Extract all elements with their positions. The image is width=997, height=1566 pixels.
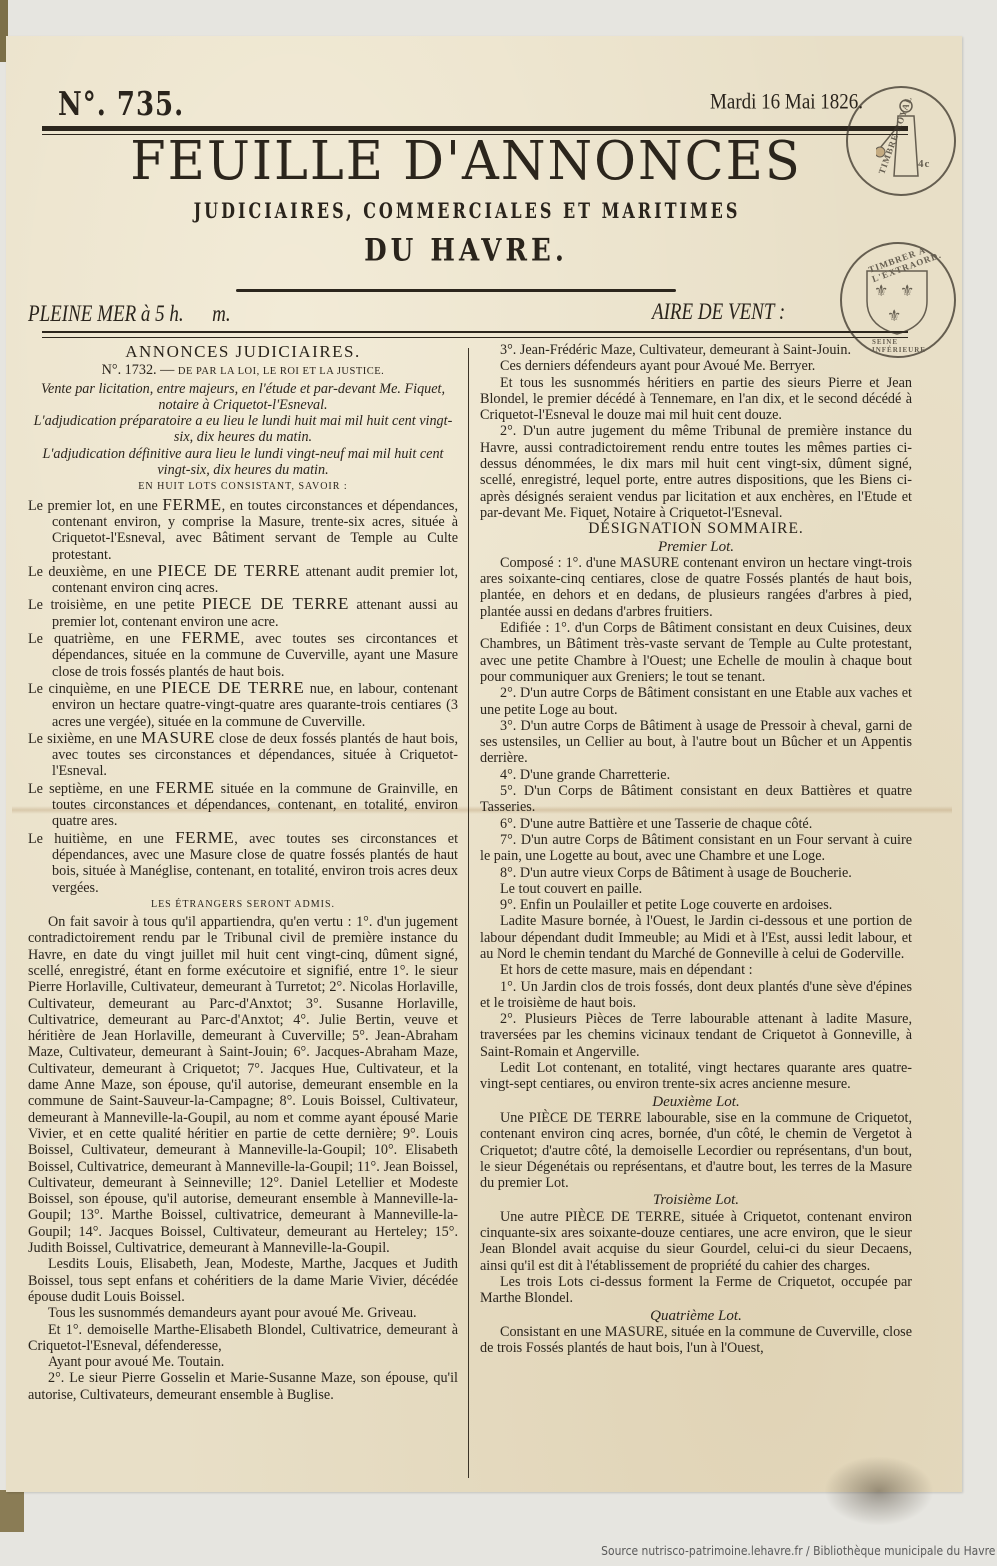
svg-text:⚜: ⚜ — [874, 283, 888, 300]
lot-3-paragraph: Une autre PIÈCE DE TERRE, située à Criqu… — [480, 1209, 912, 1274]
masthead-city: DU HAVRE. — [296, 233, 636, 269]
lot-4-title: Quatrième Lot. — [480, 1308, 912, 1324]
lot-1-paragraph: 1°. Un Jardin clos de trois fossés, dont… — [480, 979, 912, 1012]
lot-lead: Le quatrième, en une — [28, 631, 170, 647]
lot-2-paragraph: Une PIÈCE DE TERRE labourable, sise en l… — [480, 1110, 912, 1191]
masthead-title: FEUILLE D'ANNONCES — [116, 131, 816, 193]
lot-1-title: Premier Lot. — [480, 539, 912, 555]
lot-1-paragraph: 4°. D'une grande Charretterie. — [480, 767, 912, 783]
lot-item: Le quatrième, en une FERME, avec toutes … — [28, 630, 458, 680]
lot-3-title: Troisième Lot. — [480, 1192, 912, 1208]
body-paragraph: Ayant pour avoué Me. Toutain. — [28, 1354, 458, 1370]
body-paragraph: On fait savoir à tous qu'il appartiendra… — [28, 914, 458, 1256]
extraordinary-stamp: TIMBRER A L'EXTRAORD. ⚜ ⚜ ⚜ SEINE INFÉRI… — [840, 242, 956, 358]
tide-label: PLEINE MER à 5 h. m. — [28, 302, 231, 328]
lot-key: MASURE — [141, 728, 215, 747]
intro-sale: Vente par licitation, entre majeurs, en … — [28, 381, 458, 414]
fleur-de-lis-shield-icon: ⚜ ⚜ ⚜ — [862, 266, 932, 336]
strangers-notice: LES ÉTRANGERS SERONT ADMIS. — [28, 897, 458, 913]
binding-edge-bottom — [0, 1490, 24, 1532]
lot-2-title: Deuxième Lot. — [480, 1094, 912, 1110]
lot-lead: Le septième, en une — [28, 781, 149, 797]
intro-definitive: L'adjudication définitive aura lieu le l… — [28, 446, 458, 479]
column-divider — [468, 348, 469, 1478]
lot-3-paragraph: Les trois Lots ci-dessus forment la Ferm… — [480, 1274, 912, 1307]
lot-1-paragraph: Edifiée : 1°. d'un Corps de Bâtiment con… — [480, 620, 912, 685]
body-paragraph: Et tous les susnommés héritiers en parti… — [480, 375, 912, 424]
newspaper-page: N°. 735. Mardi 16 Mai 1826. FEUILLE D'AN… — [6, 36, 962, 1492]
lot-1-paragraph: 6°. D'une autre Battière et une Tasserie… — [480, 816, 912, 832]
notice-heading: DE PAR LA LOI, LE ROI ET LA JUSTICE. — [178, 366, 384, 377]
lot-item: Le troisième, en une petite PIECE DE TER… — [28, 596, 458, 630]
lot-lead: Le premier lot, en une — [28, 498, 158, 514]
lot-item: Le sixième, en une MASURE close de deux … — [28, 730, 458, 780]
lot-item: Le septième, en une FERME située en la c… — [28, 780, 458, 830]
lot-key: FERME — [162, 495, 221, 514]
issue-number: N°. 735. — [58, 86, 184, 124]
lot-item: Le huitième, en une FERME, avec toutes s… — [28, 830, 458, 896]
wind-label: AIRE DE VENT : — [652, 300, 785, 326]
lot-lead: Le cinquième, en une — [28, 681, 156, 697]
lot-lead: Le sixième, en une — [28, 731, 137, 747]
lot-key: FERME — [181, 628, 240, 647]
lot-lead: Le troisième, en une petite — [28, 597, 195, 613]
ink-blot — [824, 1456, 934, 1526]
lot-key: PIECE DE TERRE — [202, 594, 349, 613]
body-paragraph: Ces derniers défendeurs ayant pour Avoué… — [480, 358, 912, 374]
lot-1-paragraph: Et hors de cette masure, mais en dépenda… — [480, 962, 912, 978]
tide-rule-top — [42, 331, 908, 333]
lot-1-paragraph: Composé : 1°. d'une MASURE contenant env… — [480, 555, 912, 620]
tide-rule-bottom — [42, 337, 908, 338]
lot-1-paragraph: Ladite Masure bornée, à l'Ouest, le Jard… — [480, 913, 912, 962]
body-paragraph: Et 1°. demoiselle Marthe-Elisabeth Blond… — [28, 1322, 458, 1355]
body-paragraph: Lesdits Louis, Elisabeth, Jean, Modeste,… — [28, 1256, 458, 1305]
lot-1-paragraph: Le tout couvert en paille. — [480, 881, 912, 897]
notice-header: N°. 1732. — DE PAR LA LOI, LE ROI ET LA … — [28, 362, 458, 380]
notice-number: N°. 1732. — — [102, 362, 175, 378]
lot-1-paragraph: 9°. Enfin un Poulailler et petite Loge c… — [480, 897, 912, 913]
lot-lead: Le deuxième, en une — [28, 564, 152, 580]
lot-key: FERME — [155, 778, 214, 797]
masthead-ornament-rule — [236, 289, 676, 292]
body-paragraph: 2°. D'un autre jugement du même Tribunal… — [480, 423, 912, 521]
body-paragraph: Tous les susnommés demandeurs ayant pour… — [28, 1305, 458, 1321]
lot-1-paragraph: Ledit Lot contenant, en totalité, vingt … — [480, 1060, 912, 1093]
lot-key: FERME — [175, 828, 234, 847]
lot-1-paragraph: 2°. D'un autre Corps de Bâtiment consist… — [480, 685, 912, 718]
lot-4-paragraph: Consistant en une MASURE, située en la c… — [480, 1324, 912, 1357]
lot-key: PIECE DE TERRE — [157, 561, 300, 580]
right-column: 3°. Jean-Frédéric Maze, Cultivateur, dem… — [480, 342, 912, 1356]
lot-item: Le premier lot, en une FERME, en toutes … — [28, 497, 458, 563]
svg-text:⚜: ⚜ — [887, 308, 901, 325]
lot-1-paragraph: 7°. D'un autre Corps de Bâtiment consist… — [480, 832, 912, 865]
left-column: ANNONCES JUDICIAIRES. N°. 1732. — DE PAR… — [28, 342, 458, 1403]
source-credit: Source nutrisco-patrimoine.lehavre.fr / … — [601, 1543, 995, 1558]
body-paragraph: 2°. Le sieur Pierre Gosselin et Marie-Su… — [28, 1370, 458, 1403]
lot-item: Le deuxième, en une PIECE DE TERRE atten… — [28, 563, 458, 597]
intro-preparatory: L'adjudication préparatoire a eu lieu le… — [28, 413, 458, 446]
lot-item: Le cinquième, en une PIECE DE TERRE nue,… — [28, 680, 458, 730]
body-paragraph: 3°. Jean-Frédéric Maze, Cultivateur, dem… — [480, 342, 912, 358]
lot-1-paragraph: 2°. Plusieurs Pièces de Terre labourable… — [480, 1011, 912, 1060]
issue-date: Mardi 16 Mai 1826. — [710, 90, 863, 115]
lot-1-paragraph: 8°. D'un autre vieux Corps de Bâtiment à… — [480, 865, 912, 881]
lots-heading: EN HUIT LOTS CONSISTANT, SAVOIR : — [28, 479, 458, 495]
designation-title: DÉSIGNATION SOMMAIRE. — [480, 521, 912, 537]
lot-key: PIECE DE TERRE — [161, 678, 304, 697]
lot-lead: Le huitième, en une — [28, 831, 164, 847]
lot-1-paragraph: 5°. D'un Corps de Bâtiment consistant en… — [480, 783, 912, 816]
figure-icon — [876, 96, 936, 186]
section-title-judicial: ANNONCES JUDICIAIRES. — [28, 344, 458, 360]
masthead-subtitle: JUDICIAIRES, COMMERCIALES ET MARITIMES — [72, 198, 862, 224]
svg-text:⚜: ⚜ — [900, 283, 914, 300]
royal-stamp-top: TIMBRE ROYAL 4c — [846, 86, 956, 196]
lot-1-paragraph: 3°. D'un autre Corps de Bâtiment à usage… — [480, 718, 912, 767]
